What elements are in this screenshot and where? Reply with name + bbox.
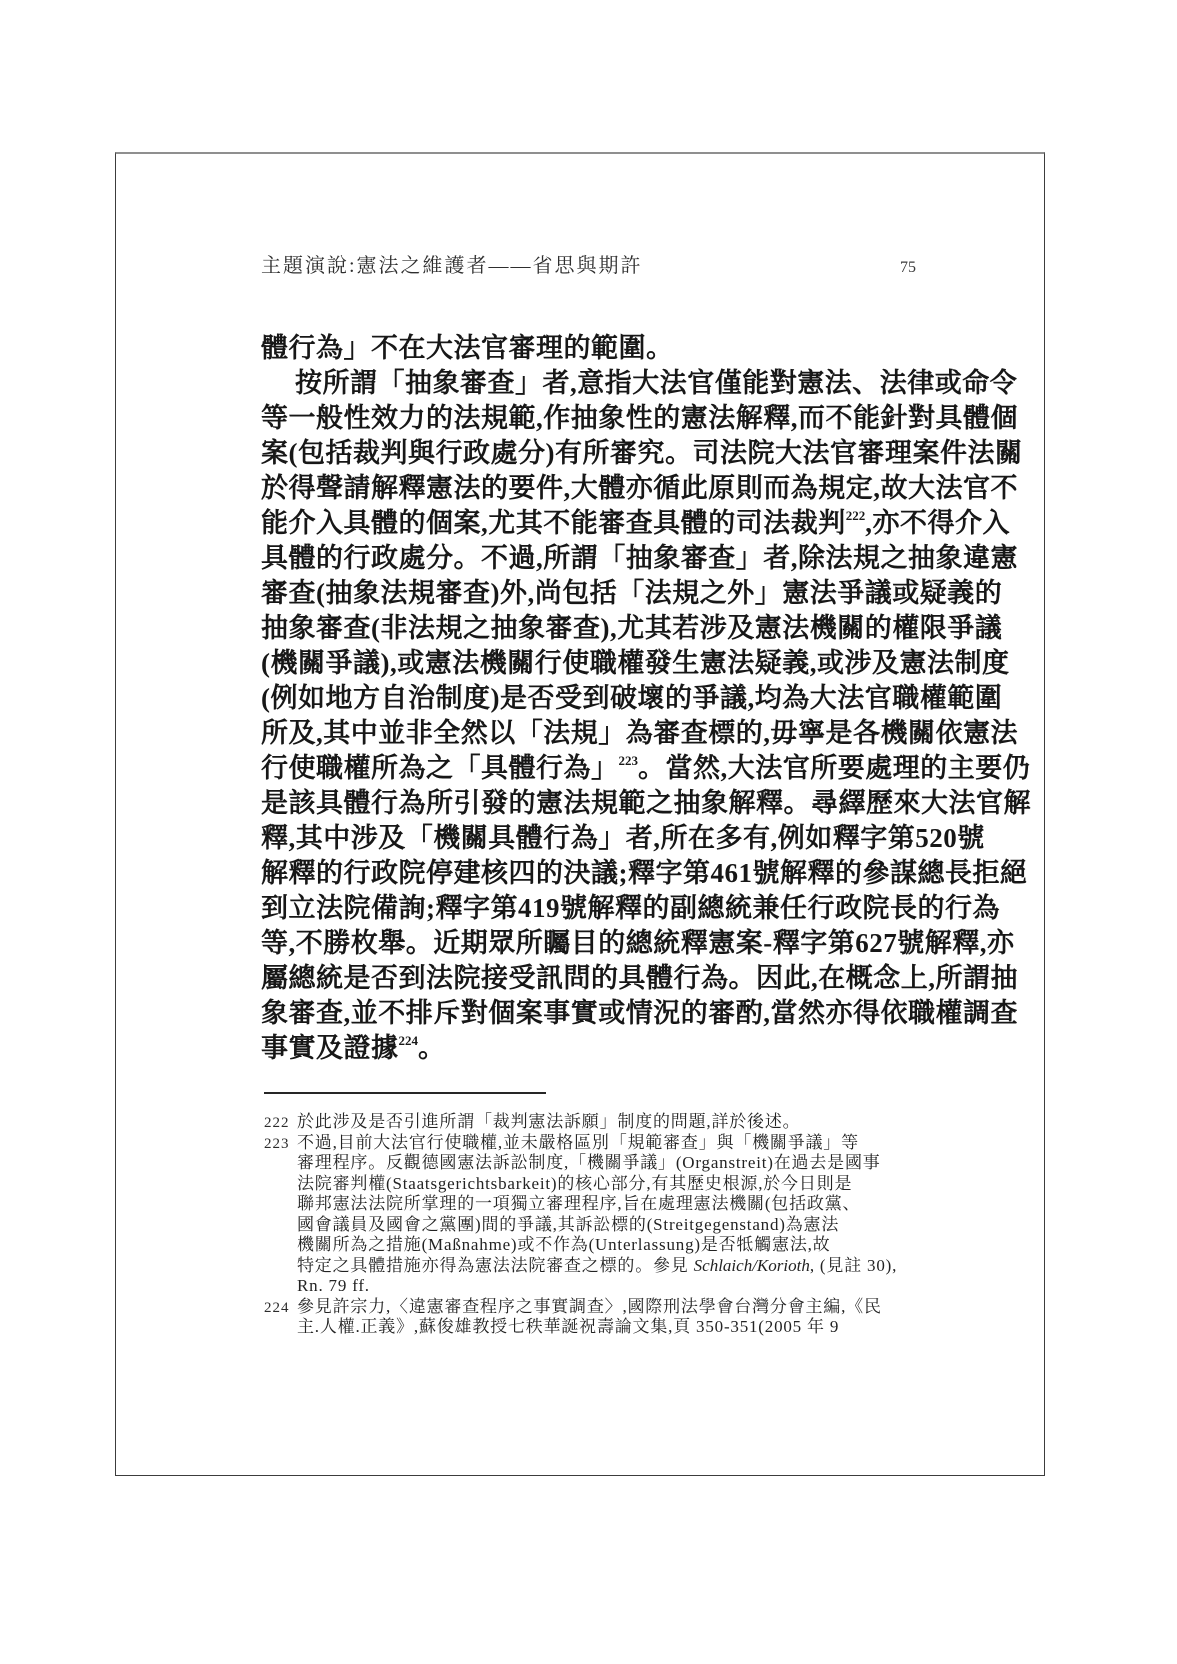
- page: 主題演說:憲法之維護者——省思與期許 75 體行為」不在大法官審理的範圍。按所謂…: [115, 152, 1045, 1476]
- text-line: (機關爭議),或憲法機關行使職權發生憲法疑義,或涉及憲法制度: [261, 646, 916, 681]
- text-line: 參見許宗力,〈違憲審查程序之事實調查〉,國際刑法學會台灣分會主編,《民: [297, 1297, 916, 1318]
- footnote-number: 224: [264, 1298, 290, 1319]
- text-line: 解釋的行政院停建核四的決議;釋字第461號解釋的參謀總長拒絕: [261, 856, 916, 891]
- text-line: 事實及證據224。: [261, 1031, 916, 1066]
- footnote-222: 222於此涉及是否引進所謂「裁判憲法訴願」制度的問題,詳於後述。: [264, 1112, 916, 1133]
- text-line: 法院審判權(Staatsgerichtsbarkeit)的核心部分,有其歷史根源…: [297, 1174, 916, 1195]
- text-line: 抽象審查(非法規之抽象審查),尤其若涉及憲法機關的權限爭議: [261, 611, 916, 646]
- text-line: 所及,其中並非全然以「法規」為審查標的,毋寧是各機關依憲法: [261, 716, 916, 751]
- text-line: 不過,目前大法官行使職權,並未嚴格區別「規範審查」與「機關爭議」等: [297, 1133, 916, 1154]
- text-line: 體行為」不在大法官審理的範圍。: [261, 331, 916, 366]
- page-header: 主題演說:憲法之維護者——省思與期許 75: [261, 253, 916, 281]
- text-line: 是該具體行為所引發的憲法規範之抽象解釋。尋繹歷來大法官解: [261, 786, 916, 821]
- para-abstract-review: 按所謂「抽象審查」者,意指大法官僅能對憲法、法律或命令等一般性效力的法規範,作抽…: [261, 366, 916, 1066]
- text-line: 能介入具體的個案,尤其不能審查具體的司法裁判222,亦不得介入: [261, 506, 916, 541]
- document-canvas: 主題演說:憲法之維護者——省思與期許 75 體行為」不在大法官審理的範圍。按所謂…: [0, 0, 1177, 1664]
- text-line: 機關所為之措施(Maßnahme)或不作為(Unterlassung)是否牴觸憲…: [297, 1235, 916, 1256]
- text-line: 特定之具體措施亦得為憲法法院審查之標的。參見 Schlaich/Korioth,…: [297, 1256, 916, 1277]
- footnote-reference: 224: [399, 1033, 419, 1048]
- text-line: 等一般性效力的法規範,作抽象性的憲法解釋,而不能針對具體個: [261, 401, 916, 436]
- text-line: 按所謂「抽象審查」者,意指大法官僅能對憲法、法律或命令: [261, 366, 916, 401]
- text-line: (例如地方自治制度)是否受到破壞的爭議,均為大法官職權範圍: [261, 681, 916, 716]
- text-line: 屬總統是否到法院接受訊問的具體行為。因此,在概念上,所謂抽: [261, 961, 916, 996]
- text-line: 國會議員及國會之黨團)間的爭議,其訴訟標的(Streitgegenstand)為…: [297, 1215, 916, 1236]
- page-number: 75: [900, 255, 916, 281]
- text-line: Rn. 79 ff.: [297, 1276, 916, 1297]
- text-line: 象審查,並不排斥對個案事實或情況的審酌,當然亦得依職權調查: [261, 996, 916, 1031]
- text-line: 聯邦憲法法院所掌理的一項獨立審理程序,旨在處理憲法機關(包括政黨、: [297, 1194, 916, 1215]
- text-line: 於得聲請解釋憲法的要件,大體亦循此原則而為規定,故大法官不: [261, 471, 916, 506]
- text-line: 到立法院備詢;釋字第419號解釋的副總統兼任行政院長的行為: [261, 891, 916, 926]
- text-line: 審查(抽象法規審查)外,尚包括「法規之外」憲法爭議或疑義的: [261, 576, 916, 611]
- text-line: 行使職權所為之「具體行為」223。當然,大法官所要處理的主要仍: [261, 751, 916, 786]
- italic-citation: Schlaich/Korioth: [694, 1256, 810, 1275]
- text-line: 審理程序。反觀德國憲法訴訟制度,「機關爭議」(Organstreit)在過去是國…: [297, 1153, 916, 1174]
- footnote-223: 223不過,目前大法官行使職權,並未嚴格區別「規範審查」與「機關爭議」等審理程序…: [264, 1133, 916, 1297]
- footnote-number: 222: [264, 1113, 290, 1134]
- text-line: 於此涉及是否引進所謂「裁判憲法訴願」制度的問題,詳於後述。: [297, 1112, 916, 1133]
- text-line: 案(包括裁判與行政處分)有所審究。司法院大法官審理案件法關: [261, 436, 916, 471]
- text-line: 釋,其中涉及「機關具體行為」者,所在多有,例如釋字第520號: [261, 821, 916, 856]
- text-line: 主.人權.正義》,蘇俊雄教授七秩華誕祝壽論文集,頁 350-351(2005 年…: [297, 1317, 916, 1338]
- running-header-title: 主題演說:憲法之維護者——省思與期許: [261, 253, 643, 279]
- para-continuation: 體行為」不在大法官審理的範圍。: [261, 331, 916, 366]
- text-line: 等,不勝枚舉。近期眾所矚目的總統釋憲案-釋字第627號解釋,亦: [261, 926, 916, 961]
- text-line: 具體的行政處分。不過,所謂「抽象審查」者,除法規之抽象違憲: [261, 541, 916, 576]
- footnote-reference: 223: [619, 753, 639, 768]
- body-text: 體行為」不在大法官審理的範圍。按所謂「抽象審查」者,意指大法官僅能對憲法、法律或…: [261, 331, 916, 1066]
- footnote-reference: 222: [846, 508, 866, 523]
- footnote-224: 224參見許宗力,〈違憲審查程序之事實調查〉,國際刑法學會台灣分會主編,《民主.…: [264, 1297, 916, 1338]
- footnote-number: 223: [264, 1134, 290, 1155]
- footnotes-section: 222於此涉及是否引進所謂「裁判憲法訴願」制度的問題,詳於後述。223不過,目前…: [264, 1112, 916, 1338]
- footnote-separator: [264, 1092, 546, 1094]
